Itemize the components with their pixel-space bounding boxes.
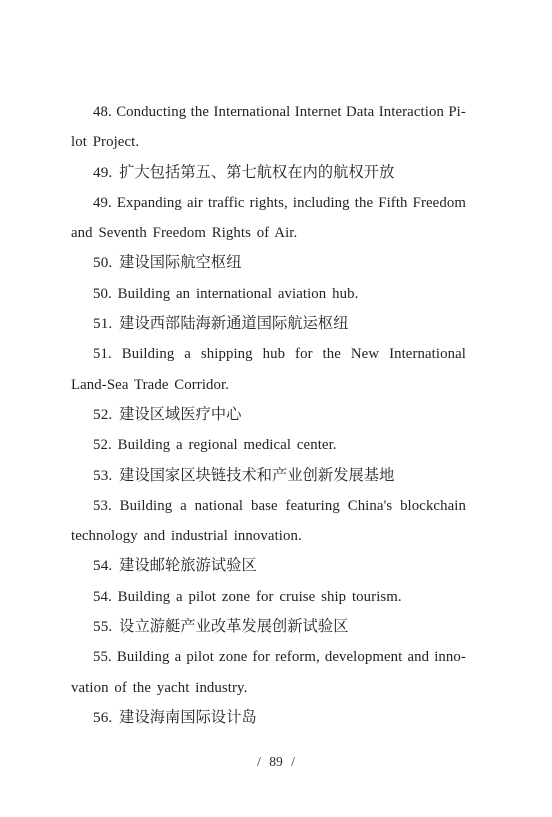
word: development [325, 642, 403, 672]
paragraph-49-en: 49.Expandingairtrafficrights,includingth… [71, 188, 466, 249]
word: hub [263, 339, 286, 369]
text-line: 51. 建设西部陆海新通道国际航运枢纽 [71, 309, 466, 339]
document-body: 48.ConductingtheInternationalInternetDat… [71, 97, 466, 733]
text-line: lot Project. [71, 127, 466, 157]
word: the [355, 188, 373, 218]
word: 49. [93, 188, 112, 218]
paragraph-52-en: 52. Building a regional medical center. [71, 430, 466, 460]
text-line: 48.ConductingtheInternationalInternetDat… [71, 97, 466, 127]
text-line: 54. 建设邮轮旅游试验区 [71, 551, 466, 581]
paragraph-49-zh: 49. 扩大包括第五、第七航权在内的航权开放 [71, 158, 466, 188]
text-line: 49.Expandingairtrafficrights,includingth… [71, 188, 466, 218]
word: Building [117, 642, 170, 672]
word: reform, [275, 642, 320, 672]
paragraph-53-zh: 53. 建设国家区块链技术和产业创新发展基地 [71, 461, 466, 491]
word: Data [346, 97, 374, 127]
word: Freedom [413, 188, 466, 218]
text-line: vation of the yacht industry. [71, 673, 466, 703]
document-page: 48.ConductingtheInternationalInternetDat… [0, 0, 552, 817]
text-line: 54. Building a pilot zone for cruise shi… [71, 582, 466, 612]
text-line: Land-Sea Trade Corridor. [71, 370, 466, 400]
word: Interaction [379, 97, 444, 127]
paragraph-51-zh: 51. 建设西部陆海新通道国际航运枢纽 [71, 309, 466, 339]
paragraph-50-zh: 50. 建设国际航空枢纽 [71, 248, 466, 278]
paragraph-55-en: 55.Buildingapilotzoneforreform,developme… [71, 642, 466, 703]
text-line: 56. 建设海南国际设计岛 [71, 703, 466, 733]
word: air [187, 188, 203, 218]
text-line: 52. Building a regional medical center. [71, 430, 466, 460]
word: a [180, 491, 187, 521]
word: blockchain [400, 491, 466, 521]
word: traffic [208, 188, 245, 218]
word: and [407, 642, 429, 672]
word: New [351, 339, 379, 369]
word: the [191, 97, 209, 127]
word: base [251, 491, 278, 521]
word: International [213, 97, 290, 127]
word: zone [219, 642, 247, 672]
text-line: 53.BuildinganationalbasefeaturingChina's… [71, 491, 466, 521]
word: pilot [186, 642, 214, 672]
paragraph-50-en: 50. Building an international aviation h… [71, 279, 466, 309]
text-line: 52. 建设区域医疗中心 [71, 400, 466, 430]
word: 48. [93, 97, 112, 127]
paragraph-51-en: 51.BuildingashippinghubfortheNewInternat… [71, 339, 466, 400]
word: Internet [295, 97, 342, 127]
text-line: 49. 扩大包括第五、第七航权在内的航权开放 [71, 158, 466, 188]
word: national [195, 491, 243, 521]
text-line: 51.BuildingashippinghubfortheNewInternat… [71, 339, 466, 369]
word: inno- [434, 642, 466, 672]
word: rights, [250, 188, 288, 218]
word: the [323, 339, 341, 369]
paragraph-53-en: 53.BuildinganationalbasefeaturingChina's… [71, 491, 466, 552]
word: Pi- [448, 97, 466, 127]
word: 53. [93, 491, 112, 521]
text-line: 50. Building an international aviation h… [71, 279, 466, 309]
word: for [295, 339, 313, 369]
text-line: 50. 建设国际航空枢纽 [71, 248, 466, 278]
word: featuring [286, 491, 340, 521]
paragraph-48-en: 48.ConductingtheInternationalInternetDat… [71, 97, 466, 158]
word: 51. [93, 339, 112, 369]
text-line: 53. 建设国家区块链技术和产业创新发展基地 [71, 461, 466, 491]
word: International [389, 339, 466, 369]
paragraph-55-zh: 55. 设立游艇产业改革发展创新试验区 [71, 612, 466, 642]
word: a [175, 642, 182, 672]
word: shipping [201, 339, 253, 369]
word: including [293, 188, 350, 218]
word: 55. [93, 642, 112, 672]
text-line: 55.Buildingapilotzoneforreform,developme… [71, 642, 466, 672]
word: Conducting [116, 97, 186, 127]
paragraph-54-en: 54. Building a pilot zone for cruise shi… [71, 582, 466, 612]
word: Building [122, 339, 175, 369]
paragraph-52-zh: 52. 建设区域医疗中心 [71, 400, 466, 430]
word: Building [120, 491, 173, 521]
paragraph-56-zh: 56. 建设海南国际设计岛 [71, 703, 466, 733]
text-line: 55. 设立游艇产业改革发展创新试验区 [71, 612, 466, 642]
word: Expanding [117, 188, 182, 218]
word: a [184, 339, 191, 369]
word: China's [348, 491, 392, 521]
text-line: and Seventh Freedom Rights of Air. [71, 218, 466, 248]
page-number: / 89 / [0, 748, 552, 776]
text-line: technology and industrial innovation. [71, 521, 466, 551]
word: Fifth [378, 188, 407, 218]
word: for [252, 642, 270, 672]
paragraph-54-zh: 54. 建设邮轮旅游试验区 [71, 551, 466, 581]
